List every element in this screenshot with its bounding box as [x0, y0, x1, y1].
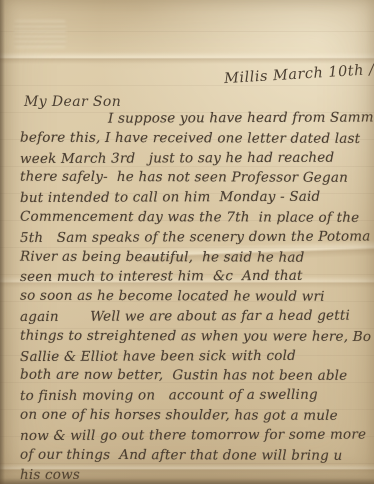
- letter-line: seen much to interest him &c And that: [20, 266, 374, 288]
- letter-line: on one of his horses shoulder, has got a…: [20, 406, 374, 427]
- letter-line: things to streightened as when you were …: [20, 326, 374, 347]
- letter-line: 5th Sam speaks of the scenery down the P…: [20, 227, 374, 249]
- letter-line: again Well we are about as far a head ge…: [20, 306, 374, 328]
- letter-line: I suppose you have heard from Sammie: [20, 108, 374, 130]
- letter-salutation: My Dear Son: [24, 94, 121, 110]
- letter-line: week March 3rd just to say he had reache…: [20, 148, 374, 170]
- letter-line: but intended to call on him Monday - Sai…: [20, 187, 374, 209]
- embossed-stamp-mark: [14, 20, 66, 48]
- letter-line: before this, I have received one letter …: [20, 128, 374, 149]
- letter-body: I suppose you have heard from Sammie bef…: [20, 109, 374, 484]
- letter-line: his cows: [20, 464, 374, 484]
- letter-page: Millis March 10th /78 My Dear Son I supp…: [0, 0, 374, 484]
- letter-line: of our things And after that done will b…: [20, 445, 374, 466]
- letter-line: now & will go out there tomorrow for som…: [20, 425, 374, 447]
- letter-line: both are now better, Gustin has not been…: [20, 366, 374, 387]
- letter-line: Commencement day was the 7th in place of…: [20, 208, 374, 229]
- letter-line: to finish moving on account of a swellin…: [20, 385, 374, 407]
- letter-line: there safely- he has not seen Professor …: [20, 168, 374, 189]
- letter-line: River as being beautiful, he said he had: [20, 247, 374, 268]
- letter-line: so soon as he become located he would wr…: [20, 287, 374, 308]
- letter-line: Sallie & Elliot have been sick with cold: [20, 346, 374, 368]
- paper-edge-left: [0, 0, 5, 484]
